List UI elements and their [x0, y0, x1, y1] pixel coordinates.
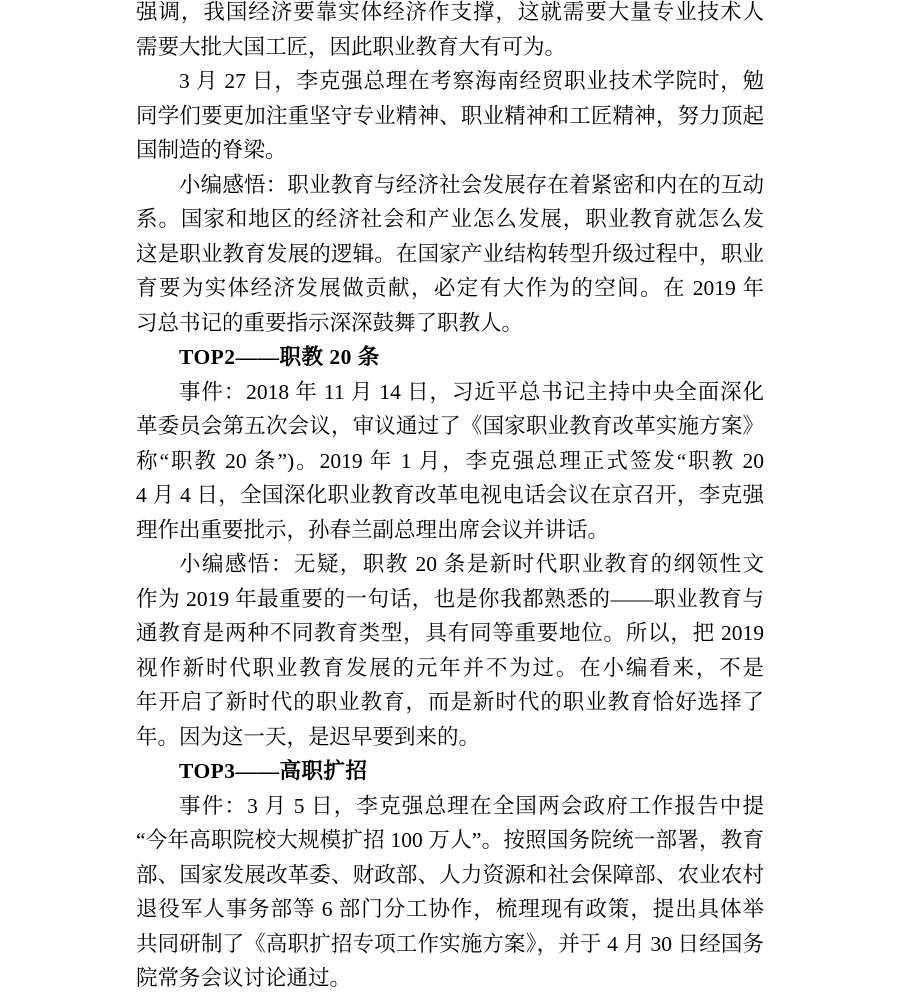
paragraph: 3 月 27 日，李克强总理在考察海南经贸职业技术学院时，勉励同学们要更加注重坚… [136, 64, 764, 168]
document-content: 强调，我国经济要靠实体经济作支撑，这就需要大量专业技术人才，需要大批大国工匠，因… [136, 0, 764, 996]
paragraph: 事件：2018 年 11 月 14 日，习近平总书记主持中央全面深化改革委员会第… [136, 375, 764, 548]
section-heading-top2: TOP2——职教 20 条 [136, 340, 764, 375]
text-line: TOP3——高职扩招 [136, 754, 764, 789]
text-line: “今年高职院校大规模扩招 100 万人”。按照国务院统一部署，教育 [136, 823, 764, 858]
paragraph: 事件：3 月 5 日，李克强总理在全国两会政府工作报告中提出，“今年高职院校大规… [136, 789, 764, 996]
text-line: 3 月 27 日，李克强总理在考察海南经贸职业技术学院时，勉励 [136, 64, 764, 99]
text-line: 事件：3 月 5 日，李克强总理在全国两会政府工作报告中提出， [136, 789, 764, 824]
text-line: 共同研制了《高职扩招专项工作实施方案》，并于 4 月 30 日经国务 [136, 927, 764, 962]
text-line: 强调，我国经济要靠实体经济作支撑，这就需要大量专业技术人才， [136, 0, 764, 30]
text-line: 同学们要更加注重坚守专业精神、职业精神和工匠精神，努力顶起中 [136, 99, 764, 134]
document-page: 强调，我国经济要靠实体经济作支撑，这就需要大量专业技术人才，需要大批大国工匠，因… [0, 0, 900, 1000]
text-line: 退役军人事务部等 6 部门分工协作，梳理现有政策，提出具体举措， [136, 892, 764, 927]
section-heading-top3: TOP3——高职扩招 [136, 754, 764, 789]
text-line: 系。国家和地区的经济社会和产业怎么发展，职业教育就怎么发展。 [136, 202, 764, 237]
text-line: 年开启了新时代的职业教育，而是新时代的职业教育恰好选择了 2019 [136, 685, 764, 720]
text-line: 事件：2018 年 11 月 14 日，习近平总书记主持中央全面深化改 [136, 375, 764, 410]
text-line: 小编感悟：无疑，职教 20 条是新时代职业教育的纲领性文件。 [136, 547, 764, 582]
text-line: 视作新时代职业教育发展的元年并不为过。在小编看来，不是 2019 [136, 651, 764, 686]
text-line: 部、国家发展改革委、财政部、人力资源和社会保障部、农业农村部、 [136, 858, 764, 893]
text-line: 小编感悟：职业教育与经济社会发展存在着紧密和内在的互动关 [136, 168, 764, 203]
text-line: 称“职教 20 条”)。2019 年 1 月，李克强总理正式签发“职教 20 条… [136, 444, 764, 479]
text-line: 育要为实体经济发展做贡献，必定有大作为的空间。在 2019 年里， [136, 271, 764, 306]
text-line: 革委员会第五次会议，审议通过了《国家职业教育改革实施方案》(简 [136, 409, 764, 444]
paragraph-continued: 强调，我国经济要靠实体经济作支撑，这就需要大量专业技术人才，需要大批大国工匠，因… [136, 0, 764, 64]
text-line: 年。因为这一天，是迟早要到来的。 [136, 720, 764, 755]
text-line: 需要大批大国工匠，因此职业教育大有可为。 [136, 30, 764, 65]
paragraph: 小编感悟：无疑，职教 20 条是新时代职业教育的纲领性文件。作为 2019 年最… [136, 547, 764, 754]
text-line: 国制造的脊梁。 [136, 133, 764, 168]
text-line: TOP2——职教 20 条 [136, 340, 764, 375]
text-line: 通教育是两种不同教育类型，具有同等重要地位。所以，把 2019 年 [136, 616, 764, 651]
text-line: 作为 2019 年最重要的一句话，也是你我都熟悉的——职业教育与普 [136, 582, 764, 617]
text-line: 4 月 4 日，全国深化职业教育改革电视电话会议在京召开，李克强总 [136, 478, 764, 513]
paragraph: 小编感悟：职业教育与经济社会发展存在着紧密和内在的互动关系。国家和地区的经济社会… [136, 168, 764, 341]
text-line: 理作出重要批示，孙春兰副总理出席会议并讲话。 [136, 513, 764, 548]
text-line: 习总书记的重要指示深深鼓舞了职教人。 [136, 306, 764, 341]
text-line: 院常务会议讨论通过。 [136, 961, 764, 996]
text-line: 这是职业教育发展的逻辑。在国家产业结构转型升级过程中，职业教 [136, 237, 764, 272]
